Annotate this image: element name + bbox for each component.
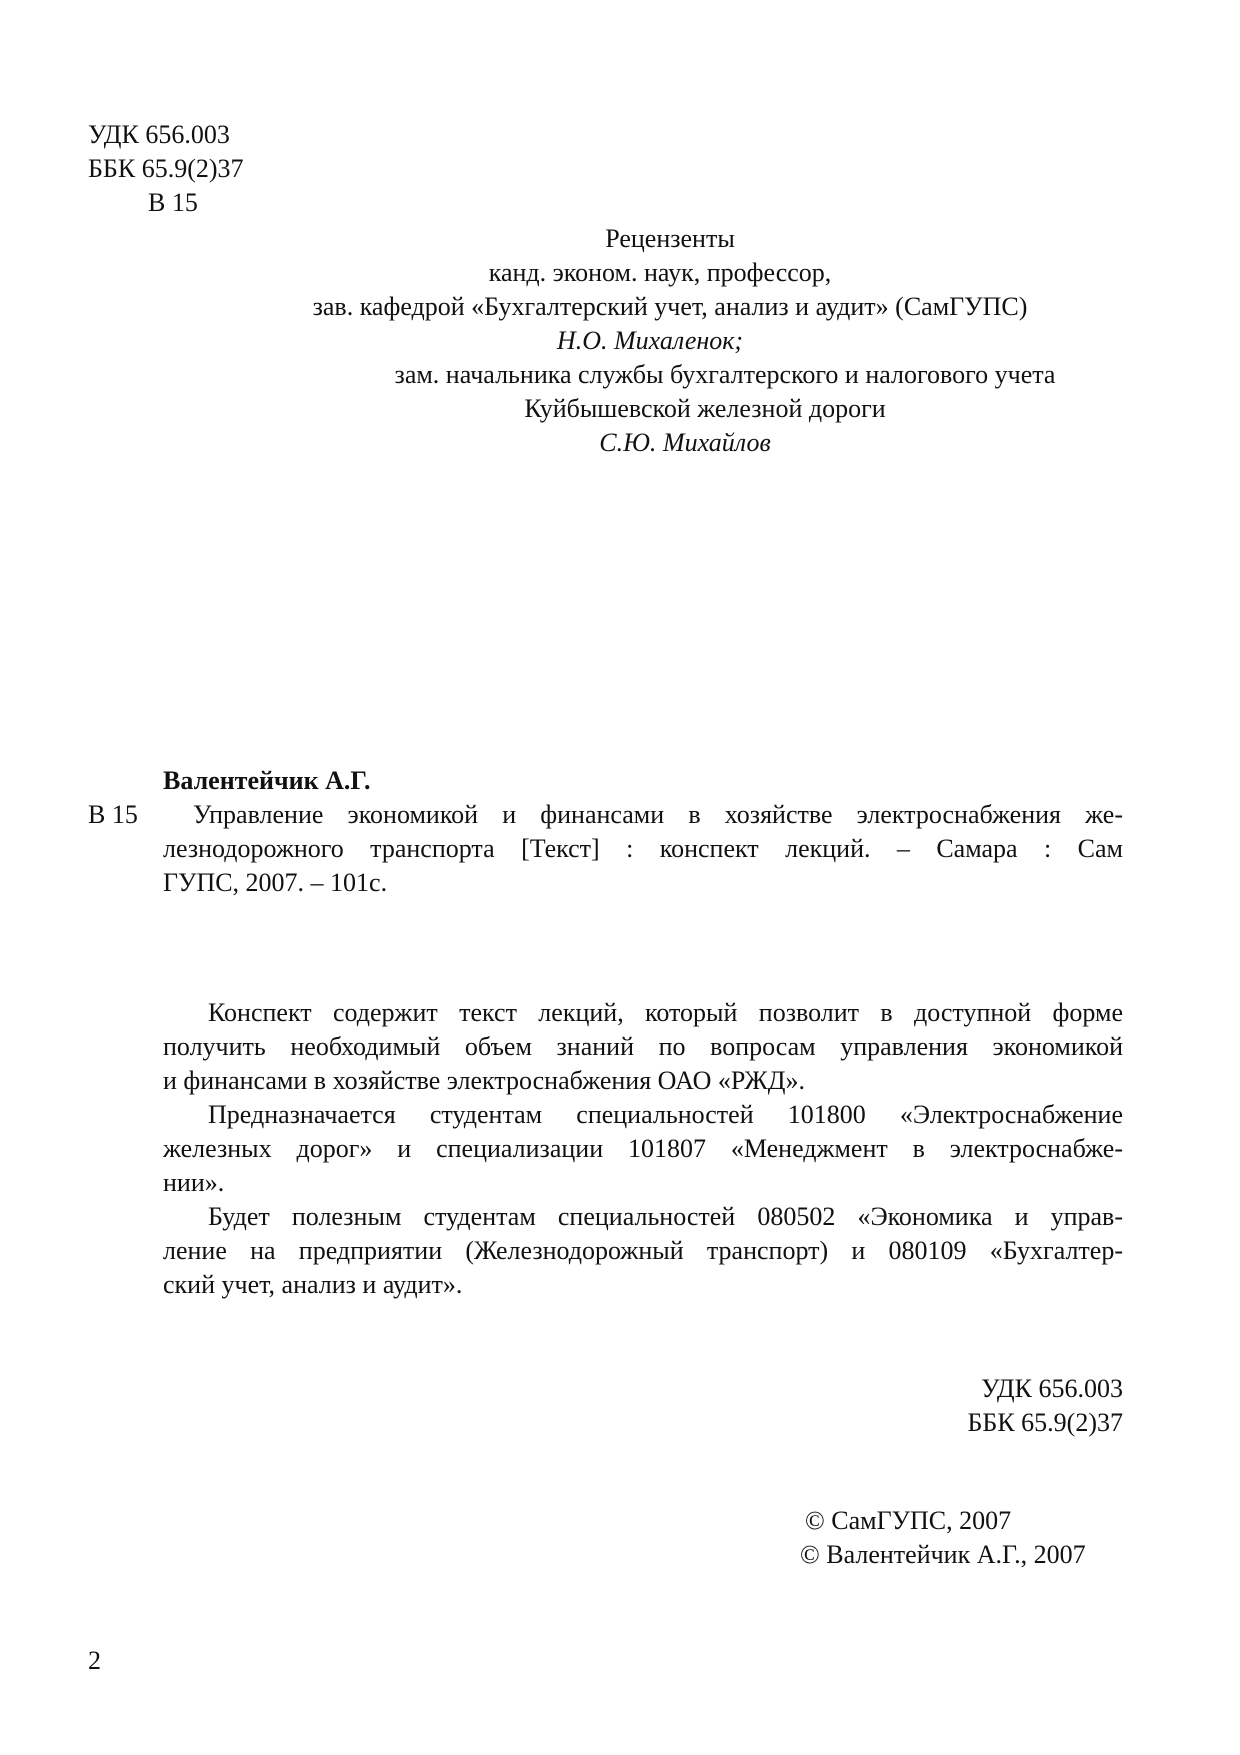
annotation-p1-line2: получить необходимый объем знаний по воп… [163,1030,1123,1064]
reviewer2-position: зам. начальника службы бухгалтерского и … [0,358,1240,392]
annotation-p2-line2: железных дорог» и специализации 101807 «… [163,1132,1123,1166]
footer-bbk-code: ББК 65.9(2)37 [700,1406,1123,1440]
footer-udk-code: УДК 656.003 [700,1372,1123,1406]
reviewer1-name: Н.О. Михаленок; [0,324,1240,358]
entry-line-3: ГУПС, 2007. – 101с. [163,866,387,900]
page-number: 2 [88,1644,101,1678]
copyright-publisher: © СамГУПС, 2007 [805,1504,1011,1538]
annotation-p3-line2: ление на предприятии (Железнодорожный тр… [163,1234,1123,1268]
udk-code: УДК 656.003 [88,118,230,152]
reviewer1-position: канд. эконом. наук, профессор, [0,256,1240,290]
entry-line-2: лезнодорожного транспорта [Текст] : конс… [163,832,1123,866]
reviewers-title: Рецензенты [0,222,1240,256]
reviewer1-department: зав. кафедрой «Бухгалтерский учет, анали… [0,290,1240,324]
annotation-p2-line1: Предназначается студентам специальностей… [208,1098,1123,1132]
catalog-code: В 15 [148,186,198,220]
reviewer2-organization: Куйбышевской железной дороги [0,392,1240,426]
annotation-p2-line3: нии». [163,1166,224,1200]
entry-line-1: Управление экономикой и финансами в хозя… [193,798,1123,832]
author-name: Валентейчик А.Г. [163,764,370,798]
entry-code: В 15 [88,798,138,832]
reviewer2-name: С.Ю. Михайлов [0,426,1240,460]
copyright-author: © Валентейчик А.Г., 2007 [800,1538,1086,1572]
annotation-p3-line3: ский учет, анализ и аудит». [163,1268,462,1302]
annotation-p1-line1: Конспект содержит текст лекций, который … [208,996,1123,1030]
bbk-code: ББК 65.9(2)37 [88,152,244,186]
annotation-p1-line3: и финансами в хозяйстве электроснабжения… [163,1064,805,1098]
annotation-p3-line1: Будет полезным студентам специальностей … [208,1200,1123,1234]
